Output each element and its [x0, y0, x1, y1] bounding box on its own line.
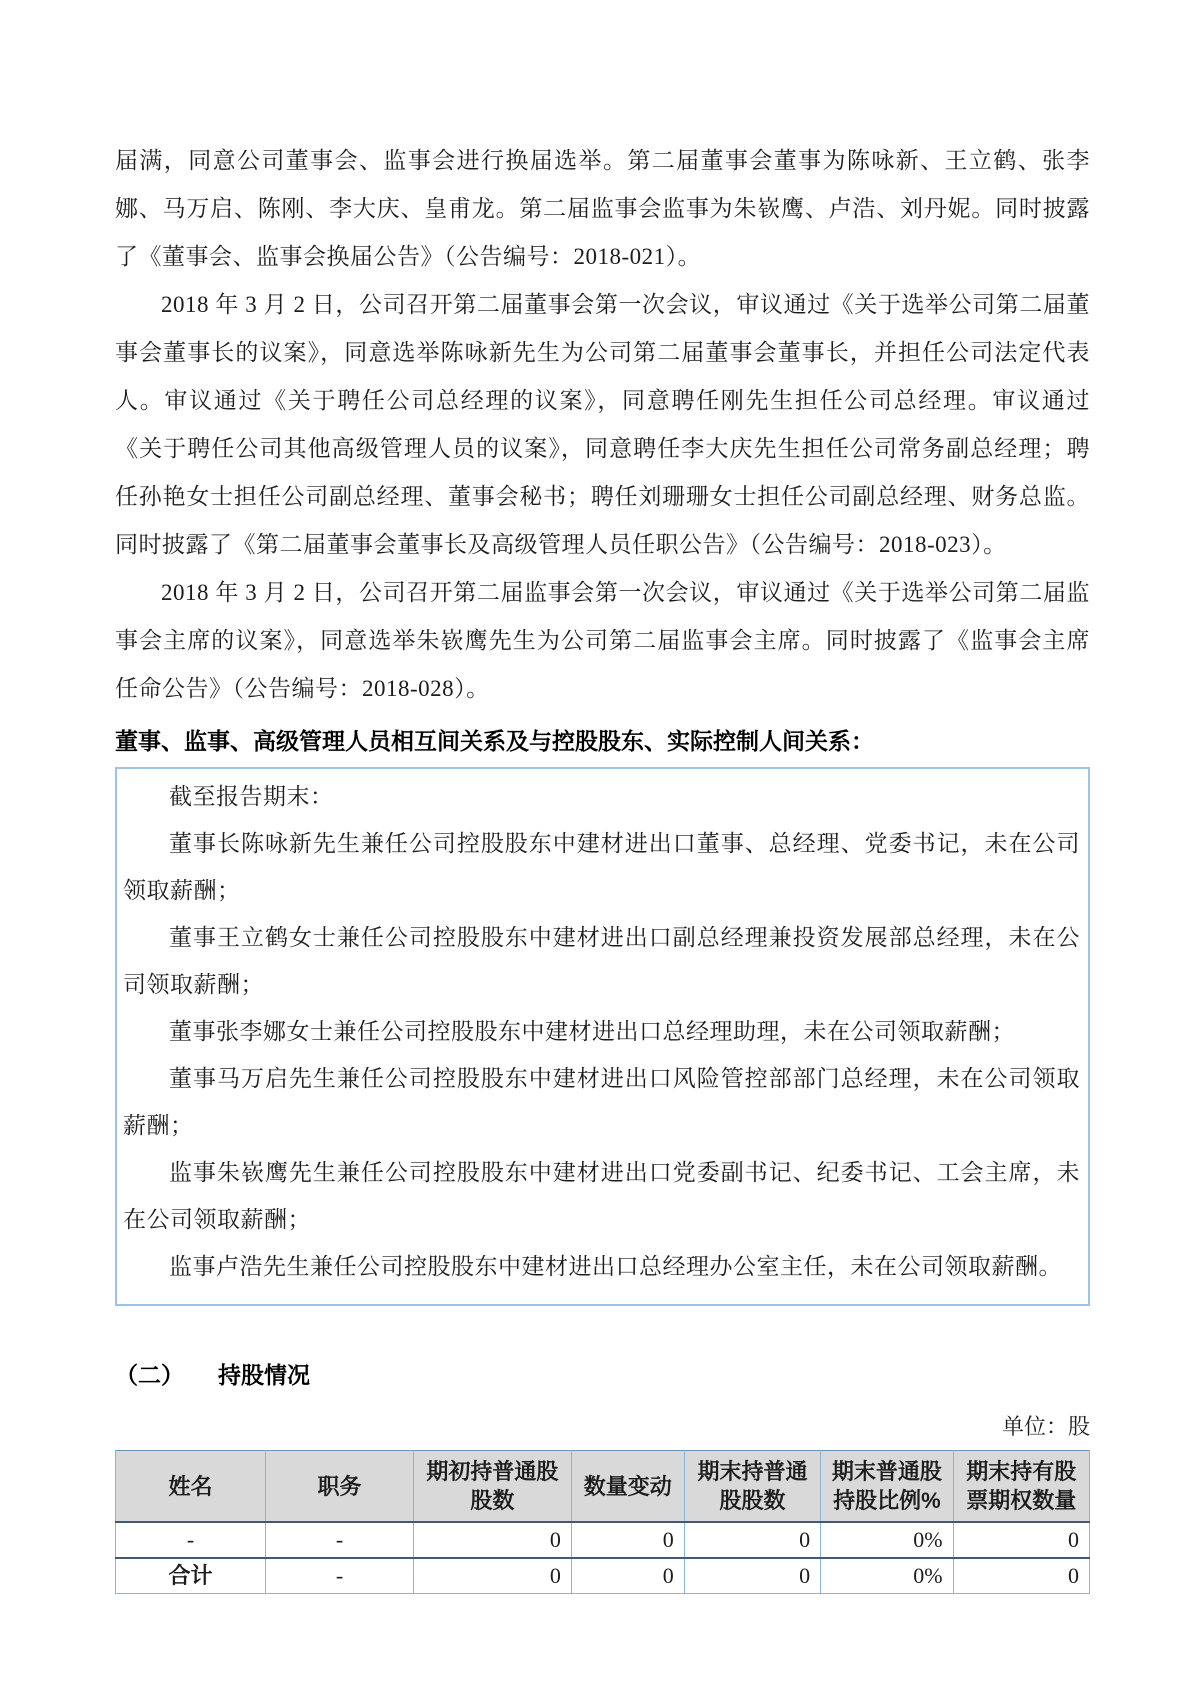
header-shares-end: 期末持普通股股数	[684, 1451, 820, 1523]
cell-options-end: 0	[953, 1522, 1089, 1558]
relationship-line: 监事朱嵚鹰先生兼任公司控股股东中建材进出口党委副书记、纪委书记、工会主席，未在公…	[123, 1149, 1080, 1243]
table-total-row: 合计 - 0 0 0 0% 0	[116, 1558, 1090, 1594]
relationship-line: 董事长陈咏新先生兼任公司控股股东中建材进出口董事、总经理、党委书记，未在公司领取…	[123, 820, 1080, 914]
relationship-line: 截至报告期末：	[123, 773, 1080, 820]
relationship-heading: 董事、监事、高级管理人员相互间关系及与控股股东、实际控制人间关系：	[115, 719, 1090, 763]
cell-name: -	[116, 1522, 266, 1558]
cell-position: -	[265, 1522, 413, 1558]
cell-shares-begin: 0	[414, 1558, 572, 1594]
cell-shares-end: 0	[684, 1522, 820, 1558]
header-change: 数量变动	[571, 1451, 684, 1523]
unit-label: 单位：股	[115, 1410, 1090, 1444]
header-position: 职务	[265, 1451, 413, 1523]
paragraph: 2018 年 3 月 2 日，公司召开第二届监事会第一次会议，审议通过《关于选举…	[115, 569, 1090, 713]
relationship-line: 董事张李娜女士兼任公司控股股东中建材进出口总经理助理，未在公司领取薪酬；	[123, 1008, 1080, 1055]
header-name: 姓名	[116, 1451, 266, 1523]
page-content: 届满，同意公司董事会、监事会进行换届选举。第二届董事会董事为陈咏新、王立鹤、张李…	[115, 137, 1090, 1594]
header-options-end: 期末持有股票期权数量	[953, 1451, 1089, 1523]
cell-change: 0	[571, 1522, 684, 1558]
table-row: - - 0 0 0 0% 0	[116, 1522, 1090, 1558]
cell-ratio-end: 0%	[821, 1522, 953, 1558]
cell-options-end: 0	[953, 1558, 1089, 1594]
cell-shares-begin: 0	[414, 1522, 572, 1558]
cell-position: -	[265, 1558, 413, 1594]
paragraph: 2018 年 3 月 2 日，公司召开第二届董事会第一次会议，审议通过《关于选举…	[115, 281, 1090, 569]
table-header-row: 姓名 职务 期初持普通股股数 数量变动 期末持普通股股数 期末普通股持股比例% …	[116, 1451, 1090, 1523]
section-number: （二）	[115, 1362, 184, 1388]
section-title: 持股情况	[218, 1362, 310, 1388]
cell-change: 0	[571, 1558, 684, 1594]
cell-total-label: 合计	[116, 1558, 266, 1594]
holdings-table: 姓名 职务 期初持普通股股数 数量变动 期末持普通股股数 期末普通股持股比例% …	[115, 1450, 1090, 1594]
holdings-section-heading: （二）持股情况	[115, 1352, 1090, 1398]
paragraph: 届满，同意公司董事会、监事会进行换届选举。第二届董事会董事为陈咏新、王立鹤、张李…	[115, 137, 1090, 281]
document-page: 届满，同意公司董事会、监事会进行换届选举。第二届董事会董事为陈咏新、王立鹤、张李…	[0, 0, 1200, 1697]
header-ratio-end: 期末普通股持股比例%	[821, 1451, 953, 1523]
header-shares-begin: 期初持普通股股数	[414, 1451, 572, 1523]
relationship-line: 监事卢浩先生兼任公司控股股东中建材进出口总经理办公室主任，未在公司领取薪酬。	[123, 1243, 1080, 1290]
cell-shares-end: 0	[684, 1558, 820, 1594]
cell-ratio-end: 0%	[821, 1558, 953, 1594]
relationship-line: 董事马万启先生兼任公司控股股东中建材进出口风险管控部部门总经理，未在公司领取薪酬…	[123, 1055, 1080, 1149]
relationship-box: 截至报告期末： 董事长陈咏新先生兼任公司控股股东中建材进出口董事、总经理、党委书…	[115, 767, 1090, 1306]
relationship-line: 董事王立鹤女士兼任公司控股股东中建材进出口副总经理兼投资发展部总经理，未在公司领…	[123, 914, 1080, 1008]
